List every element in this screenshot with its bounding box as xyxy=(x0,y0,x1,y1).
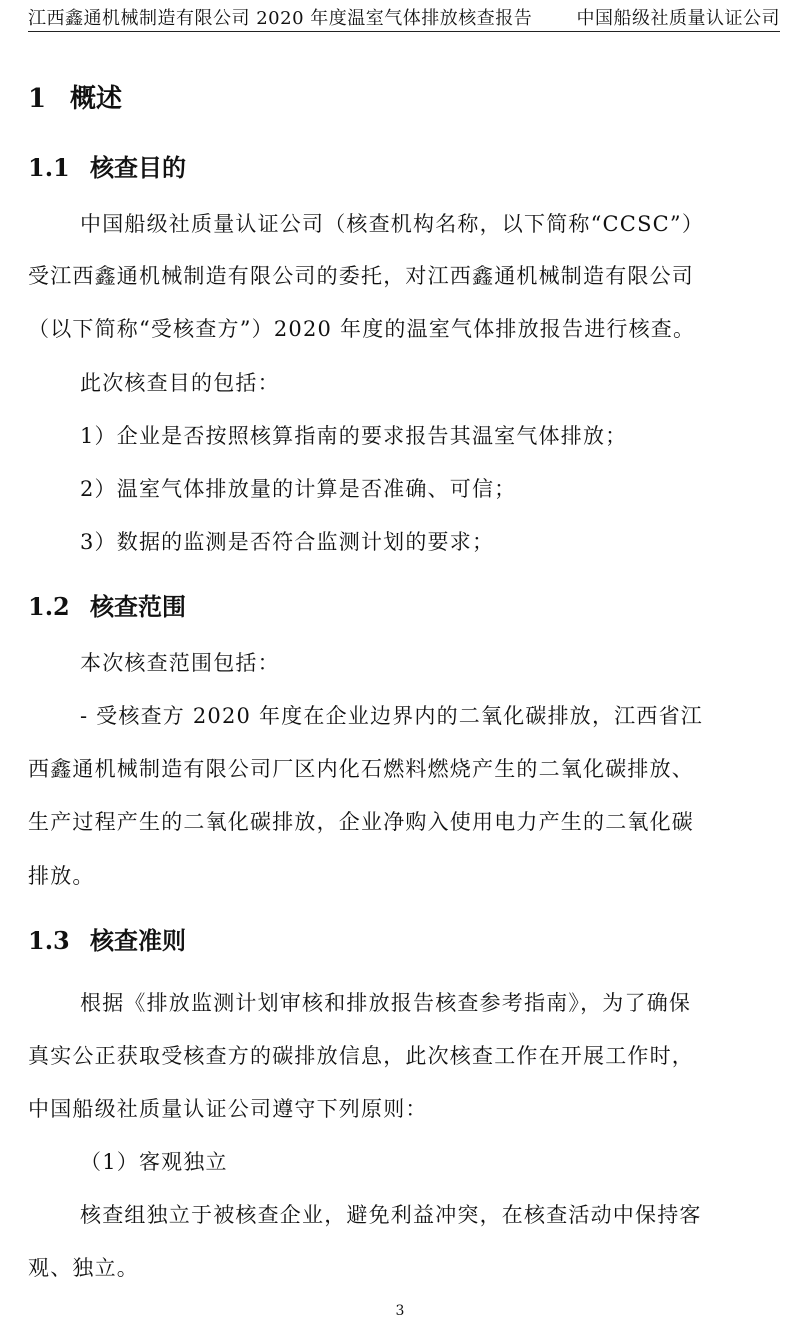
paragraph-line: 本次核查范围包括： xyxy=(80,647,780,677)
header-organization: 中国船级社质量认证公司 xyxy=(577,4,781,30)
heading-number: 1 xyxy=(28,84,70,114)
paragraph-line: 观、独立。 xyxy=(28,1252,780,1282)
paragraph-line: 核查组独立于被核查企业，避免利益冲突，在核查活动中保持客 xyxy=(80,1199,780,1229)
paragraph-line: 西鑫通机械制造有限公司厂区内化石燃料燃烧产生的二氧化碳排放、 xyxy=(28,753,780,783)
paragraph-line: 生产过程产生的二氧化碳排放，企业净购入使用电力产生的二氧化碳 xyxy=(28,806,780,836)
header-report-title: 江西鑫通机械制造有限公司 2020 年度温室气体排放核查报告 xyxy=(28,8,532,29)
header-divider xyxy=(28,31,780,32)
paragraph-line: 中国船级社质量认证公司遵守下列原则： xyxy=(28,1093,780,1123)
list-item: 1）企业是否按照核算指南的要求报告其温室气体排放； xyxy=(80,420,780,450)
paragraph-line: 中国船级社质量认证公司（核查机构名称，以下简称“CCSC”） xyxy=(80,208,780,238)
heading-title: 概述 xyxy=(70,84,122,114)
paragraph-line: 根据《排放监测计划审核和排放报告核查参考指南》，为了确保 xyxy=(80,987,780,1017)
heading-title: 核查准则 xyxy=(90,926,186,955)
page-number: 3 xyxy=(0,1303,800,1319)
heading-title: 核查范围 xyxy=(90,592,186,621)
heading-1-1: 1.1核查目的 xyxy=(28,148,186,183)
paragraph-line: 真实公正获取受核查方的碳排放信息，此次核查工作在开展工作时， xyxy=(28,1040,780,1070)
heading-1-2: 1.2核查范围 xyxy=(28,587,186,622)
list-item: 3）数据的监测是否符合监测计划的要求； xyxy=(80,526,780,556)
list-item: 2）温室气体排放量的计算是否准确、可信； xyxy=(80,473,780,503)
heading-1-3: 1.3核查准则 xyxy=(28,921,186,956)
running-header: 江西鑫通机械制造有限公司 2020 年度温室气体排放核查报告 中国船级社质量认证… xyxy=(28,4,780,30)
paragraph-line: - 受核查方 2020 年度在企业边界内的二氧化碳排放，江西省江 xyxy=(80,700,780,730)
heading-title: 核查目的 xyxy=(90,153,186,182)
heading-1: 1概述 xyxy=(28,78,122,115)
heading-number: 1.2 xyxy=(28,592,90,621)
heading-number: 1.3 xyxy=(28,926,90,955)
paragraph-line: 此次核查目的包括： xyxy=(80,367,780,397)
paragraph-line: 受江西鑫通机械制造有限公司的委托，对江西鑫通机械制造有限公司 xyxy=(28,260,780,290)
heading-number: 1.1 xyxy=(28,153,90,182)
paragraph-line: 排放。 xyxy=(28,860,780,890)
principle-heading: （1）客观独立 xyxy=(80,1146,780,1176)
paragraph-line: （以下简称“受核查方”）2020 年度的温室气体排放报告进行核查。 xyxy=(28,313,780,343)
